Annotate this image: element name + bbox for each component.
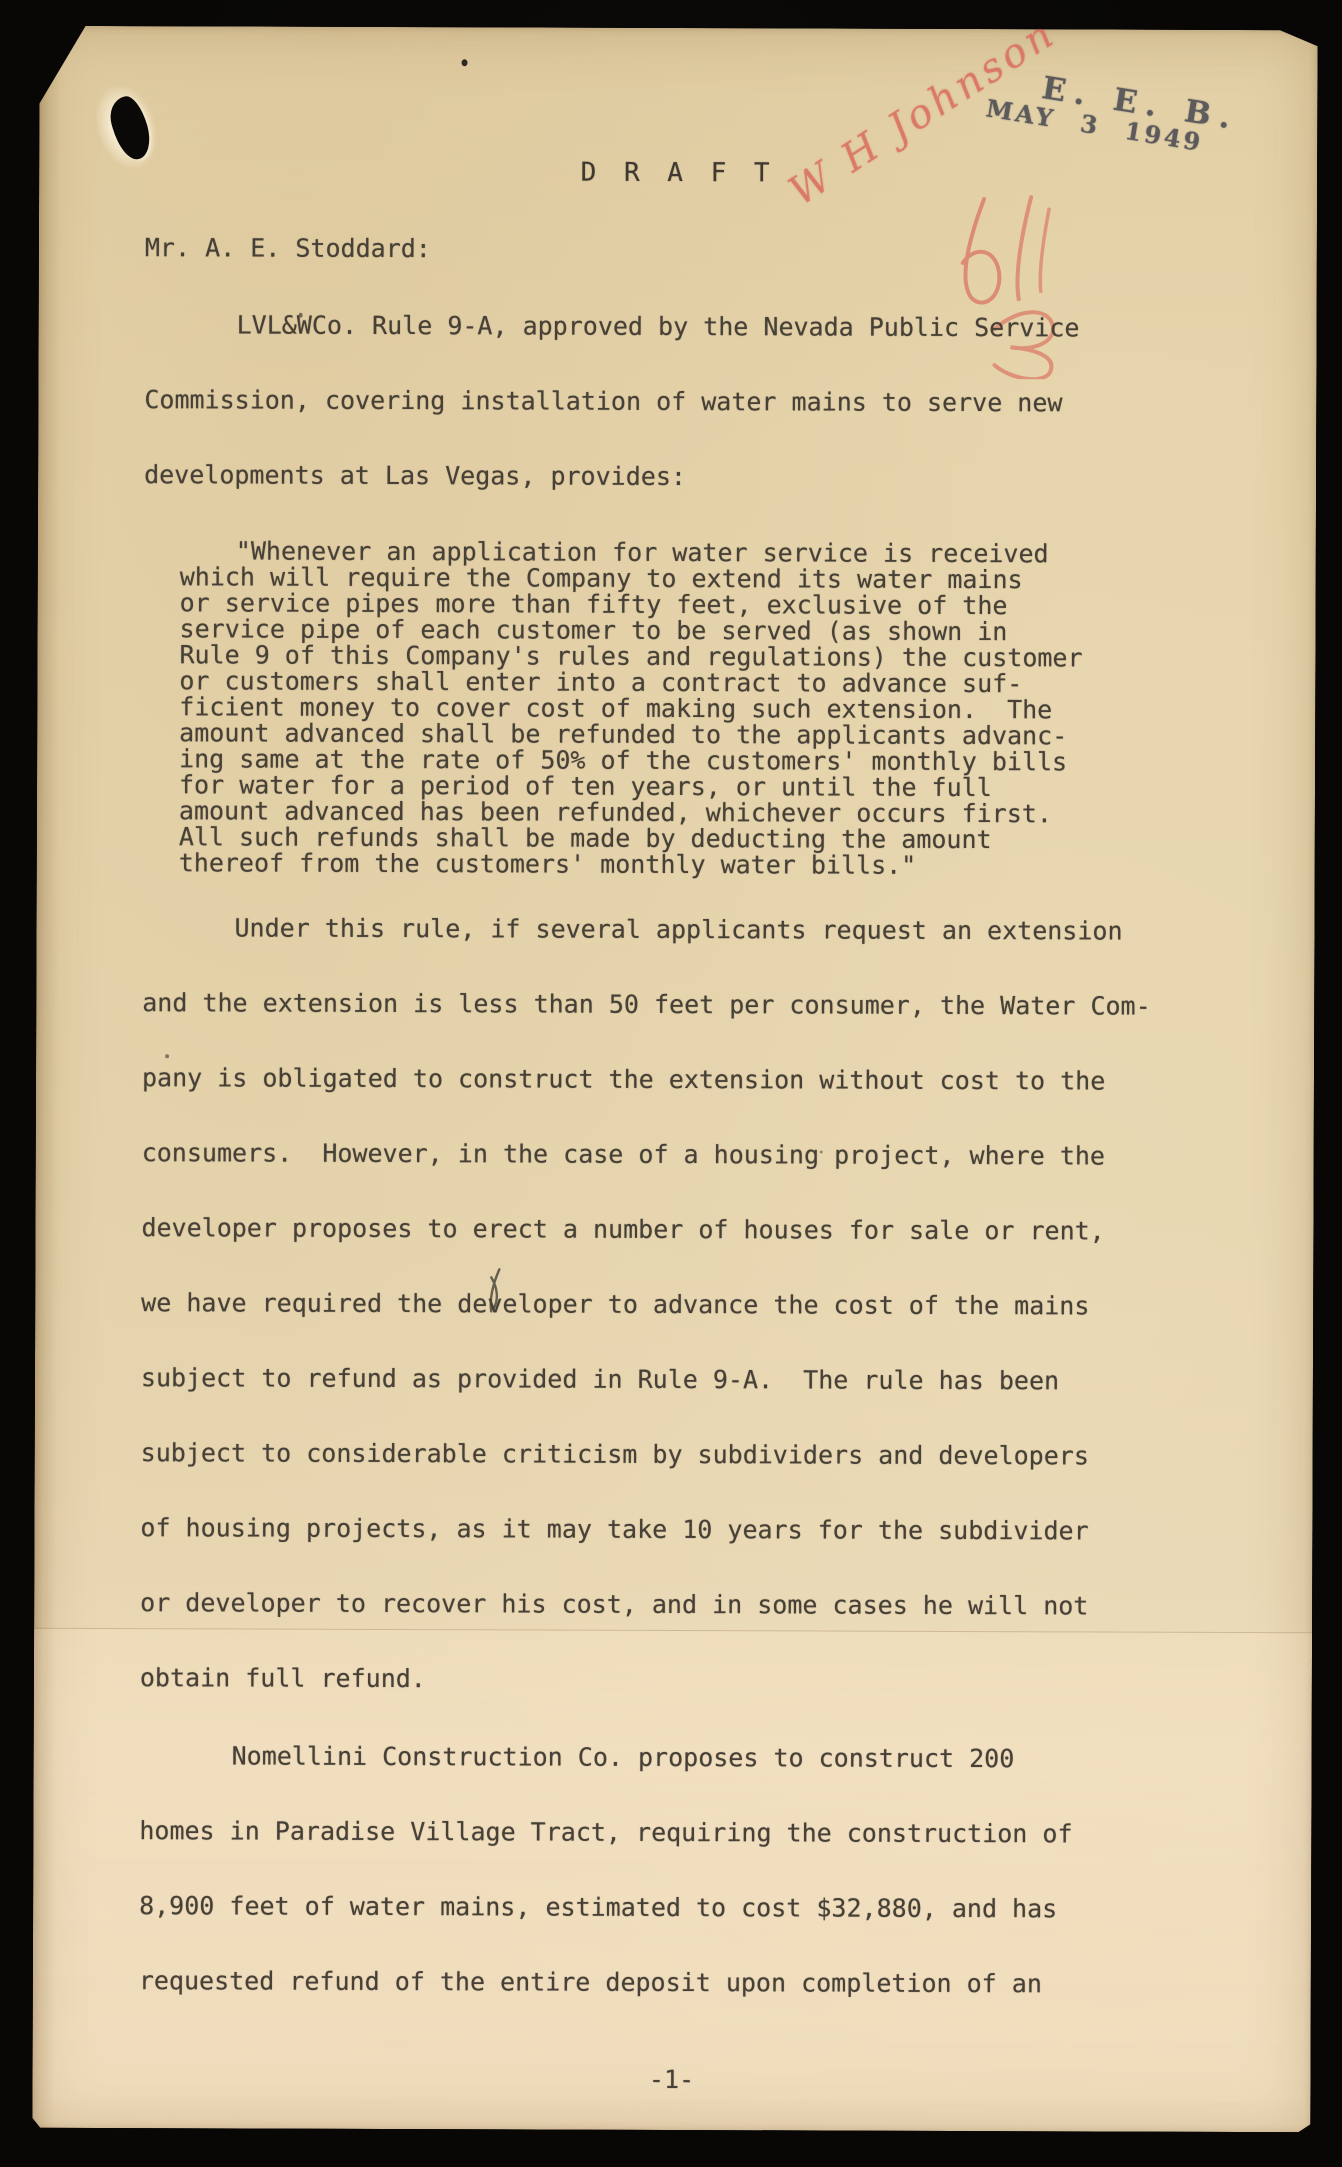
body-line: we have required the developer to advanc… — [141, 1288, 1150, 1367]
body-line: Nomellini Construction Co. proposes to c… — [139, 1741, 1072, 1819]
body-line: and the extension is less than 50 feet p… — [142, 988, 1151, 1067]
salutation: Mr. A. E. Stoddard: — [145, 233, 431, 264]
paper-sheet: D R A F T E. E. B. MAY 3 1949 W H Johnso… — [32, 26, 1317, 2132]
scanned-document-page: D R A F T E. E. B. MAY 3 1949 W H Johnso… — [0, 0, 1342, 2167]
body-line: consumers. However, in the case of a hou… — [142, 1138, 1151, 1217]
quote-line: thereof from the customers' monthly wate… — [179, 850, 1082, 879]
body-line: requested refund of the entire deposit u… — [139, 1966, 1072, 2044]
paragraph-3: Nomellini Construction Co. proposes to c… — [139, 1741, 1073, 2044]
body-line: or developer to recover his cost, and in… — [140, 1588, 1149, 1667]
body-line: subject to considerable criticism by sub… — [140, 1438, 1149, 1517]
body-line: subject to refund as provided in Rule 9-… — [141, 1363, 1150, 1442]
body-line: pany is obligated to construct the exten… — [142, 1063, 1151, 1142]
received-stamp: E. E. B. MAY 3 1949 — [984, 62, 1242, 162]
body-line: homes in Paradise Village Tract, requiri… — [139, 1816, 1072, 1894]
paragraph-2: Under this rule, if several applicants r… — [140, 913, 1151, 1742]
body-line: obtain full refund. — [140, 1663, 1149, 1742]
body-line: LVL&WCo. Rule 9-A, approved by the Nevad… — [144, 310, 1079, 388]
pencil-correction-mark — [479, 1267, 509, 1313]
paragraph-1: LVL&WCo. Rule 9-A, approved by the Nevad… — [144, 310, 1080, 538]
body-line: of housing projects, as it may take 10 y… — [140, 1513, 1149, 1592]
body-line: 8,900 feet of water mains, estimated to … — [139, 1891, 1072, 1969]
body-line: Commission, covering installation of wat… — [144, 385, 1079, 463]
page-number: -1- — [32, 2063, 1310, 2096]
ink-speck — [462, 59, 468, 66]
body-line: developments at Las Vegas, provides: — [144, 460, 1079, 538]
body-line: developer proposes to erect a number of … — [141, 1213, 1150, 1292]
rule-9a-blockquote: "Whenever an application for water servi… — [179, 538, 1083, 879]
body-line: Under this rule, if several applicants r… — [142, 913, 1151, 992]
